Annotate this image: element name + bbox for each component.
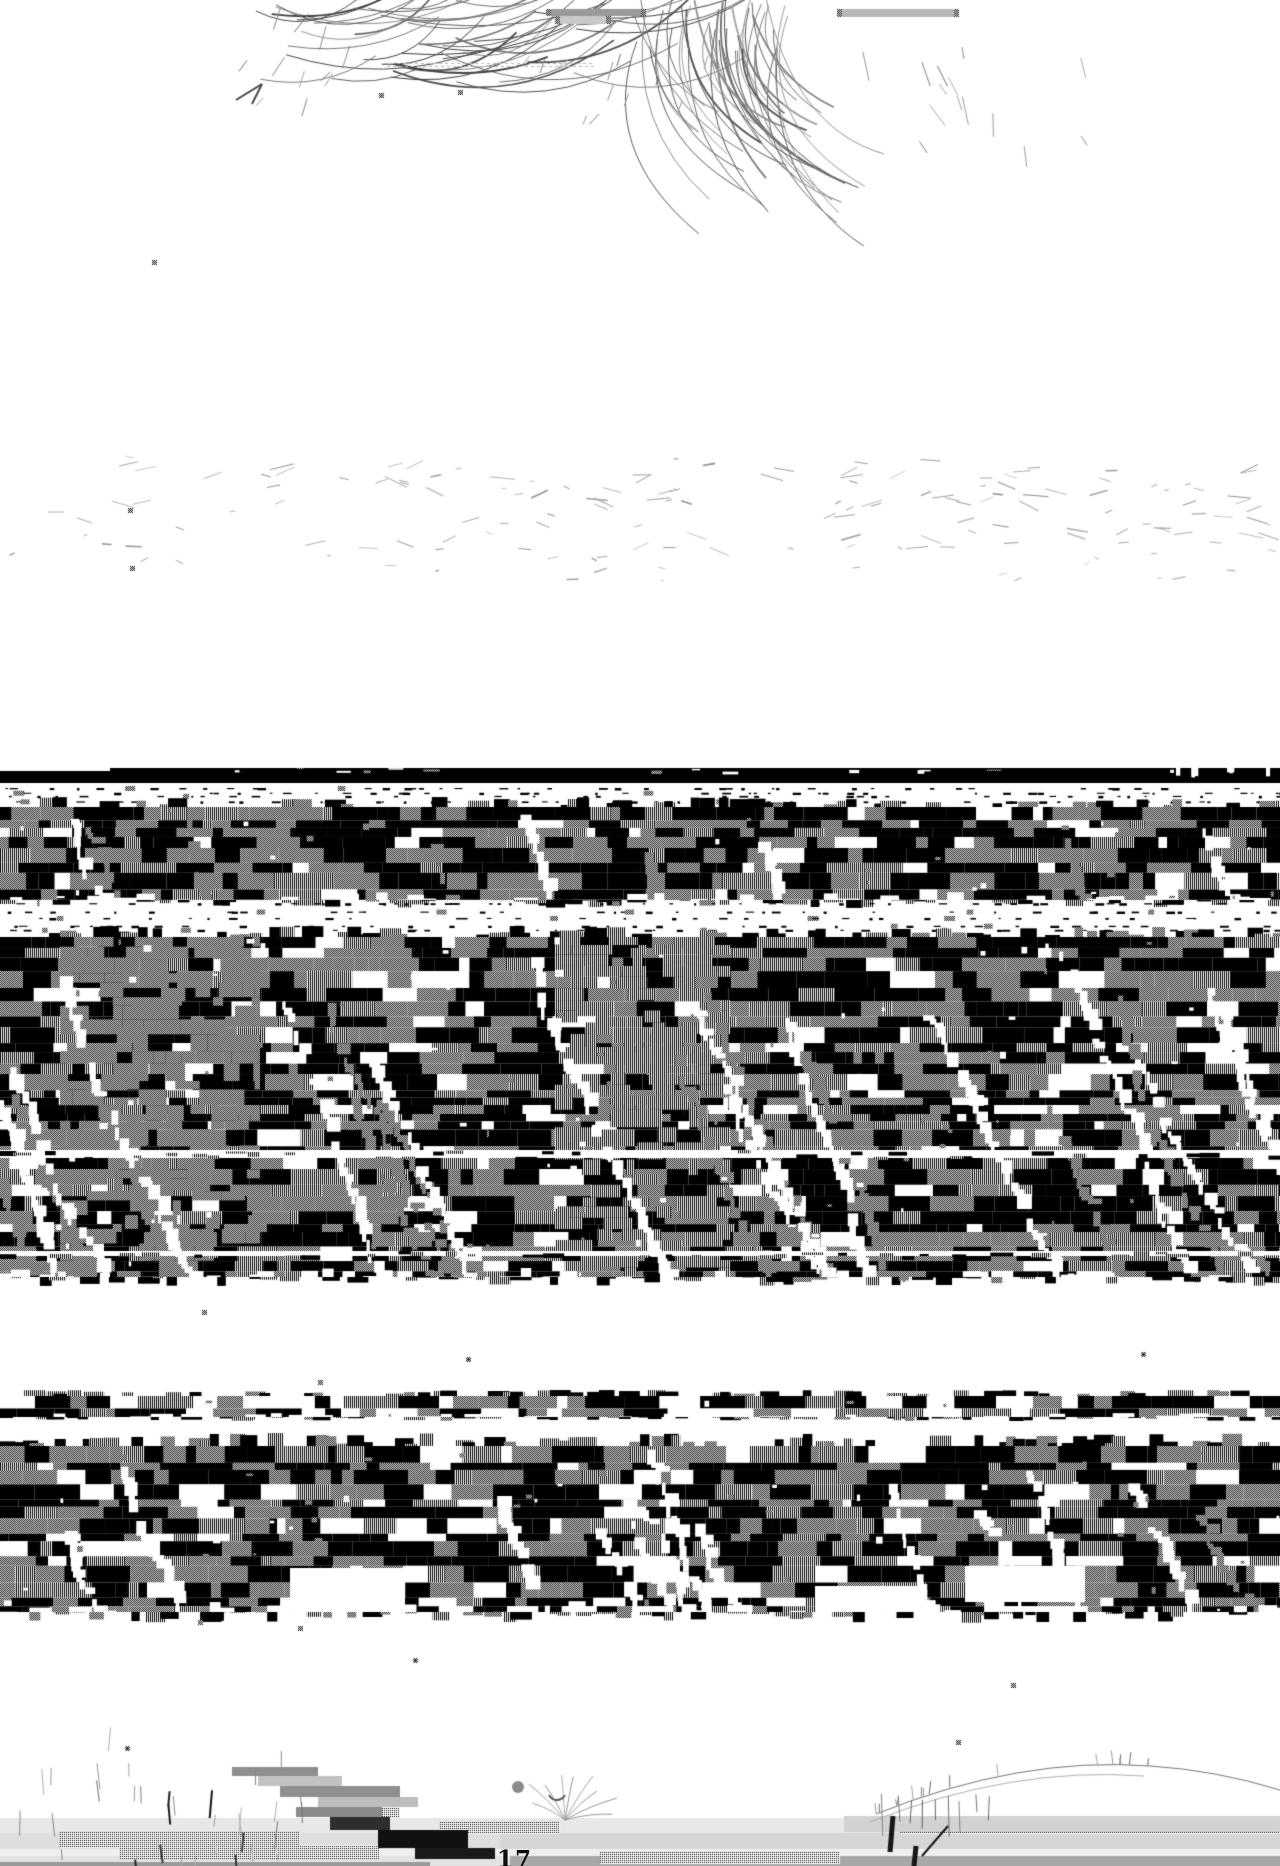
glitch-art-canvas (0, 0, 1280, 1866)
glitched-scan-page: 17 (0, 0, 1280, 1866)
page-number-label: 17 (497, 1848, 533, 1866)
